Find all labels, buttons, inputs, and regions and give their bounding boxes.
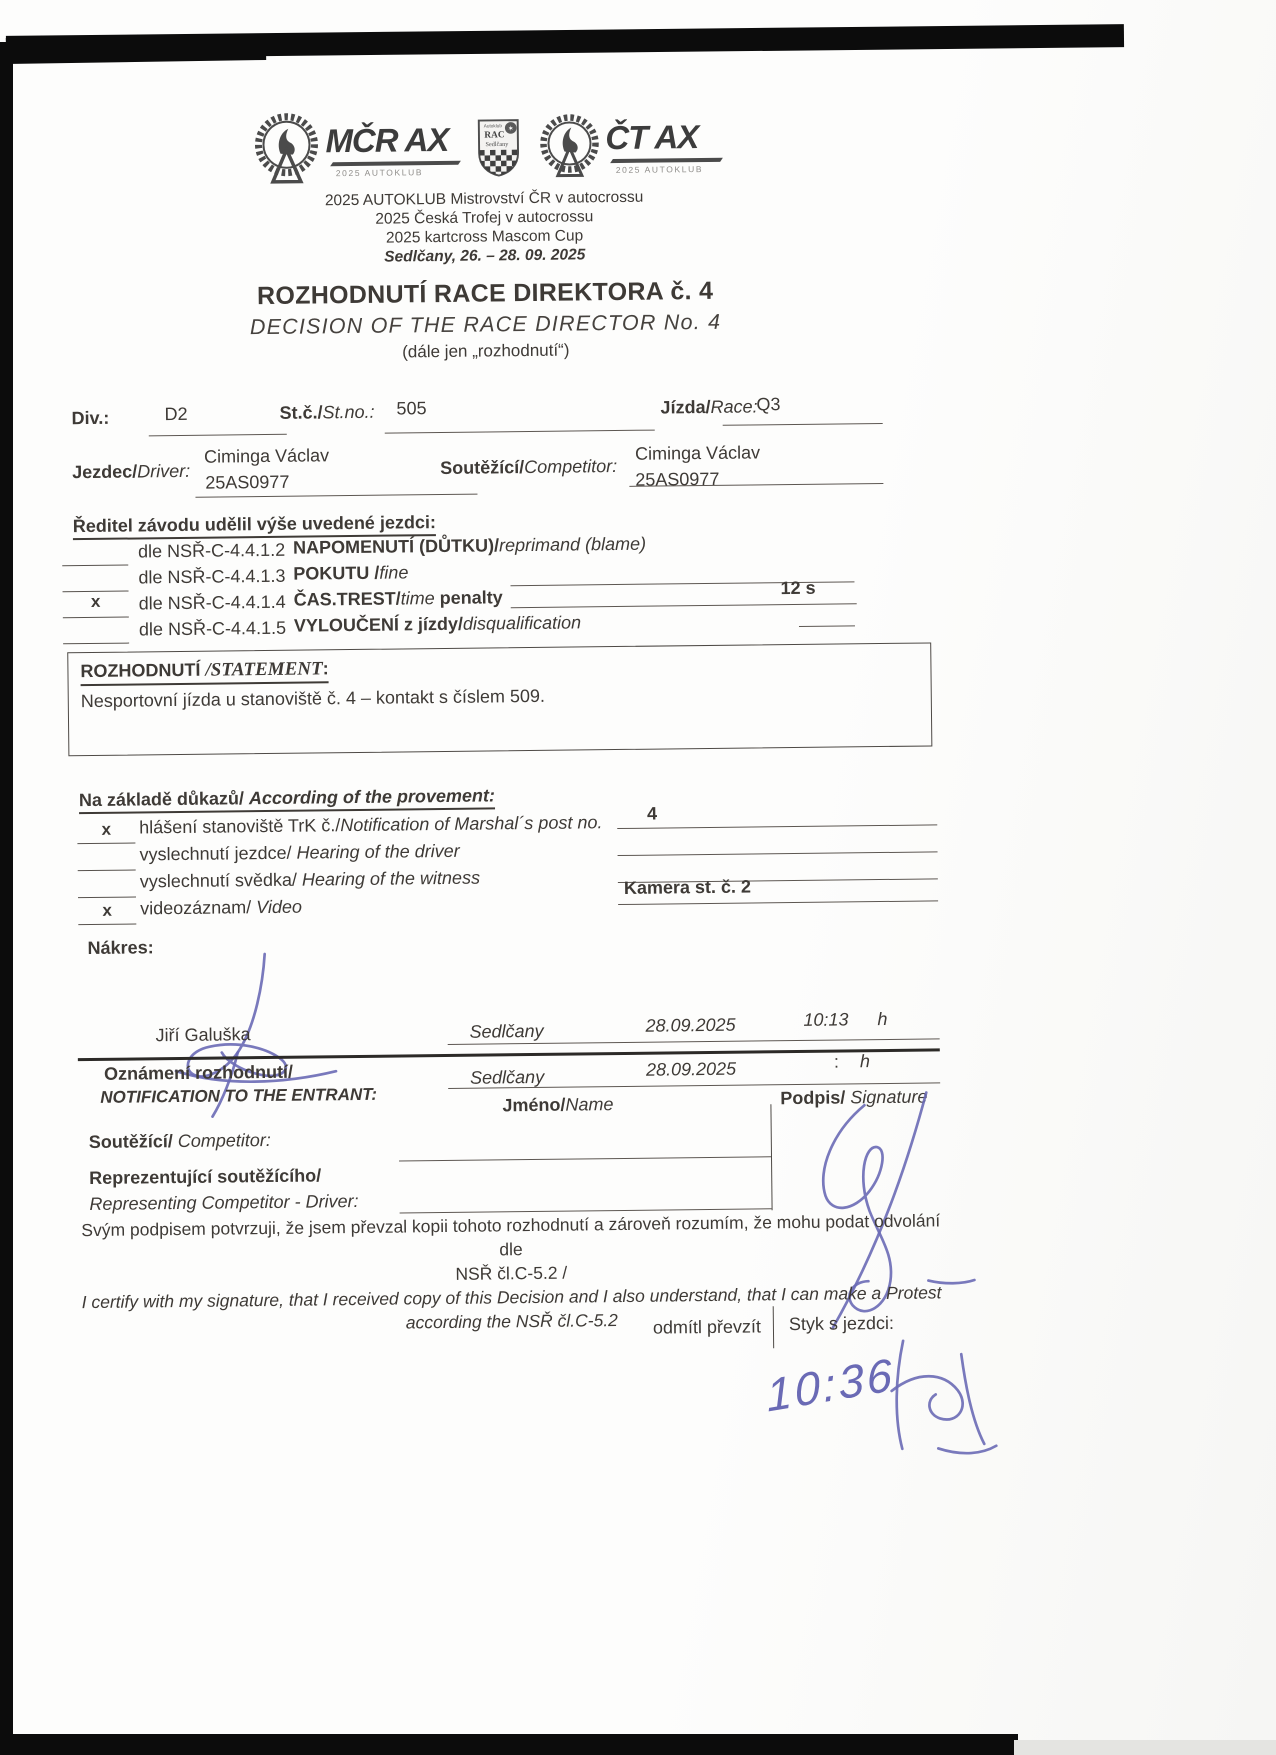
penalty-label-2: POKUTU /fine bbox=[293, 562, 408, 584]
rac-sedlcany-badge-icon: Autoklub RAC Sedlčany ✶ bbox=[477, 110, 520, 186]
evidence-label-4: videozáznam/ Video bbox=[140, 897, 302, 920]
ct-ax-wordmark: ČT AX 2025 AUTOKLUB bbox=[605, 118, 722, 175]
notification-date: 28.09.2025 bbox=[646, 1059, 736, 1081]
decision-date: 28.09.2025 bbox=[645, 1015, 735, 1037]
ct-ax-logo: ČT AX 2025 AUTOKLUB bbox=[537, 110, 722, 184]
penalty-rule-1: dle NSŘ-C-4.4.1.2 bbox=[138, 540, 285, 563]
driver-label-en: Driver: bbox=[137, 461, 190, 482]
penalty-rule-4: dle NSŘ-C-4.4.1.5 bbox=[139, 618, 286, 641]
decision-hour-suffix: h bbox=[877, 1009, 887, 1030]
mcr-ax-logo: MČR AX 2025 AUTOKLUB bbox=[251, 110, 460, 190]
penalty-check-3: x bbox=[63, 592, 129, 619]
scan-edge-bottom bbox=[0, 1734, 1018, 1755]
time-penalty-value: 12 s bbox=[780, 578, 815, 599]
penalty-label-4: VYLOUČENÍ z jízdy/disqualification bbox=[294, 612, 581, 636]
competitor-label-cs: Soutěžící/ bbox=[440, 457, 524, 478]
competitor-name: Ciminga Václav bbox=[635, 442, 760, 464]
name-column-header: Jméno/Name bbox=[502, 1094, 613, 1116]
representing-label-cs: Reprezentující soutěžícího/ bbox=[89, 1165, 321, 1189]
underline bbox=[618, 851, 938, 856]
notification-competitor-label: Soutěžící/ Competitor: bbox=[89, 1130, 271, 1153]
event-header: 2025 AUTOKLUB Mistrovství ČR v autocross… bbox=[0, 184, 975, 271]
penalty-label-3: ČAS.TREST/time penalty bbox=[294, 587, 503, 610]
penalty-check-1 bbox=[62, 540, 128, 567]
race-value: Q3 bbox=[756, 394, 780, 415]
scan-edge-top-left bbox=[6, 34, 266, 64]
notification-hour-suffix: h bbox=[860, 1051, 870, 1072]
column-divider bbox=[770, 1104, 772, 1210]
evidence-check-3 bbox=[78, 873, 136, 898]
penalty-rule-2: dle NSŘ-C-4.4.1.3 bbox=[138, 566, 285, 589]
div-value: D2 bbox=[164, 404, 187, 425]
race-label-cs: Jízda/ bbox=[660, 397, 710, 418]
underline bbox=[399, 1156, 771, 1161]
ct-ax-subtitle: 2025 AUTOKLUB bbox=[606, 164, 722, 175]
competitor-licence: 25AS0977 bbox=[635, 469, 719, 491]
decision-place: Sedlčany bbox=[469, 1021, 543, 1043]
statement-text: Nesportovní jízda u stanoviště č. 4 – ko… bbox=[81, 682, 919, 713]
evidence-heading: Na základě důkazů/ According of the prov… bbox=[79, 785, 495, 814]
underline bbox=[617, 824, 937, 829]
notification-label-cs: Oznámení rozhodnutí/ bbox=[104, 1062, 293, 1085]
underline bbox=[799, 625, 855, 627]
mcr-ax-subtitle: 2025 AUTOKLUB bbox=[326, 167, 460, 179]
competitor-label-en: Competitor: bbox=[524, 456, 617, 477]
notification-time-colon: : bbox=[834, 1052, 839, 1073]
mcr-ax-title: MČR AX bbox=[325, 121, 459, 161]
mcr-ax-emblem-icon bbox=[251, 111, 322, 190]
penalty-label-1: NAPOMENUTÍ (DŮTKU)/reprimand (blame) bbox=[293, 534, 646, 559]
logo-swoosh bbox=[610, 158, 722, 163]
refused-to-accept-label: odmítl převzít bbox=[605, 1316, 761, 1339]
ct-ax-title: ČT AX bbox=[605, 118, 721, 157]
start-number-label: St.č./St.no.: bbox=[279, 402, 374, 424]
underline bbox=[723, 423, 883, 426]
document-content: MČR AX 2025 AUTOKLUB Autoklub RAC Sedlča… bbox=[0, 0, 1276, 1755]
div-label: Div.: bbox=[71, 408, 109, 429]
evidence-label-1: hlášení stanoviště TrK č./Notification o… bbox=[139, 812, 602, 838]
race-label: Jízda/Race: bbox=[660, 396, 757, 418]
header-logos: MČR AX 2025 AUTOKLUB Autoklub RAC Sedlča… bbox=[251, 101, 722, 196]
underline bbox=[618, 900, 938, 905]
driver-licence: 25AS0977 bbox=[205, 472, 289, 494]
statement-box: ROZHODNUTÍ /STATEMENT: Nesportovní jízda… bbox=[67, 642, 932, 756]
driver-contact-label: Styk s jezdci: bbox=[789, 1313, 894, 1335]
decision-time: 10:13 bbox=[803, 1009, 848, 1031]
competitor-label: Soutěžící/Competitor: bbox=[440, 456, 617, 479]
underline bbox=[149, 434, 287, 437]
svg-text:Autoklub: Autoklub bbox=[484, 123, 503, 128]
scan-edge-left bbox=[0, 42, 13, 1755]
start-number-label-cs: St.č./ bbox=[279, 402, 322, 422]
driver-label-cs: Jezdec/ bbox=[72, 461, 137, 482]
svg-text:Sedlčany: Sedlčany bbox=[486, 141, 510, 148]
evidence-label-2: vyslechnutí jezdce/ Hearing of the drive… bbox=[139, 841, 459, 866]
driver-name: Ciminga Václav bbox=[204, 445, 329, 467]
statement-heading: ROZHODNUTÍ /STATEMENT: bbox=[80, 652, 918, 687]
logo-swoosh bbox=[331, 161, 461, 166]
race-director-name: Jiří Galuška bbox=[155, 1024, 250, 1046]
representing-label-en: Representing Competitor - Driver: bbox=[89, 1191, 358, 1215]
svg-text:✶: ✶ bbox=[508, 125, 514, 133]
camera-value: Kamera st. č. 2 bbox=[624, 877, 751, 899]
penalty-check-2 bbox=[62, 566, 128, 593]
notification-label-en: NOTIFICATION TO THE ENTRANT: bbox=[100, 1085, 377, 1108]
evidence-check-2 bbox=[77, 846, 135, 871]
svg-text:RAC: RAC bbox=[484, 130, 505, 140]
mcr-ax-wordmark: MČR AX 2025 AUTOKLUB bbox=[325, 121, 460, 178]
penalty-rule-3: dle NSŘ-C-4.4.1.4 bbox=[139, 592, 286, 615]
handwritten-signature-mark bbox=[875, 1332, 1006, 1463]
notification-place: Sedlčany bbox=[470, 1067, 544, 1089]
ct-ax-emblem-icon bbox=[537, 111, 602, 184]
marshal-post-value: 4 bbox=[647, 804, 657, 825]
scanned-document-page: { "logos": { "left_title": "MČR AX", "le… bbox=[0, 0, 1276, 1755]
driver-label: Jezdec/Driver: bbox=[72, 461, 190, 483]
start-number-label-en: St.no.: bbox=[322, 402, 374, 423]
start-number-value: 505 bbox=[396, 398, 426, 419]
scan-edge-bottom-right bbox=[1014, 1740, 1276, 1755]
race-label-en: Race: bbox=[710, 396, 757, 417]
evidence-check-4: x bbox=[78, 900, 136, 925]
penalty-check-4 bbox=[63, 618, 129, 645]
underline bbox=[195, 494, 477, 498]
evidence-label-3: vyslechnutí svědka/ Hearing of the witne… bbox=[140, 868, 480, 893]
evidence-check-1: x bbox=[77, 819, 135, 844]
underline bbox=[385, 430, 655, 434]
underline bbox=[511, 603, 857, 608]
